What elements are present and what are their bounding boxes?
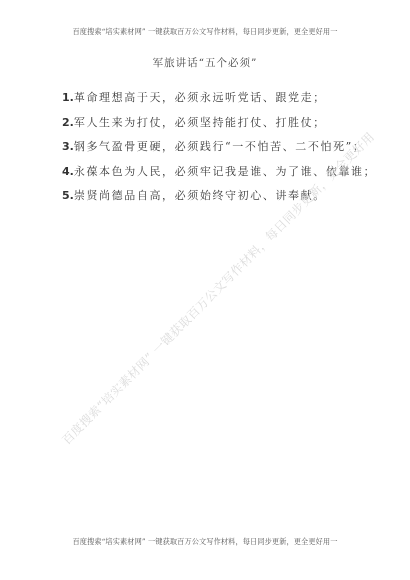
item-number: 3.	[62, 140, 74, 153]
list-item: 5.崇贤尚德品自高，必须始终守初心、讲奉献。	[62, 184, 376, 209]
list-item: 2.军人生来为打仗，必须坚持能打仗、打胜仗；	[62, 111, 376, 136]
item-list: 1.革命理想高于天，必须永远听党话、跟党走； 2.军人生来为打仗，必须坚持能打仗…	[62, 86, 376, 209]
item-number: 4.	[62, 165, 74, 178]
list-item: 4.永葆本色为人民，必须牢记我是谁、为了谁、依靠谁；	[62, 160, 376, 185]
item-text: 钢多气盈骨更硬，必须践行“一不怕苦、二不怕死”；	[74, 140, 366, 153]
list-item: 3.钢多气盈骨更硬，必须践行“一不怕苦、二不怕死”；	[62, 135, 376, 160]
item-text: 永葆本色为人民，必须牢记我是谁、为了谁、依靠谁；	[74, 165, 376, 178]
item-number: 5.	[62, 189, 74, 202]
list-item: 1.革命理想高于天，必须永远听党话、跟党走；	[62, 86, 376, 111]
page-header: 百度搜索“培实素材网” 一键获取百万公文写作材料，每日同步更新，更全更好用一	[0, 27, 410, 37]
item-text: 崇贤尚德品自高，必须始终守初心、讲奉献。	[74, 189, 326, 202]
page-footer: 百度搜索“培实素材网” 一键获取百万公文写作材料，每日同步更新，更全更好用一	[0, 537, 410, 547]
item-number: 2.	[62, 116, 74, 129]
item-text: 革命理想高于天，必须永远听党话、跟党走；	[74, 91, 326, 104]
document-title: 军旅讲话“五个必须”	[0, 55, 410, 70]
item-text: 军人生来为打仗，必须坚持能打仗、打胜仗；	[74, 116, 326, 129]
item-number: 1.	[62, 91, 74, 104]
